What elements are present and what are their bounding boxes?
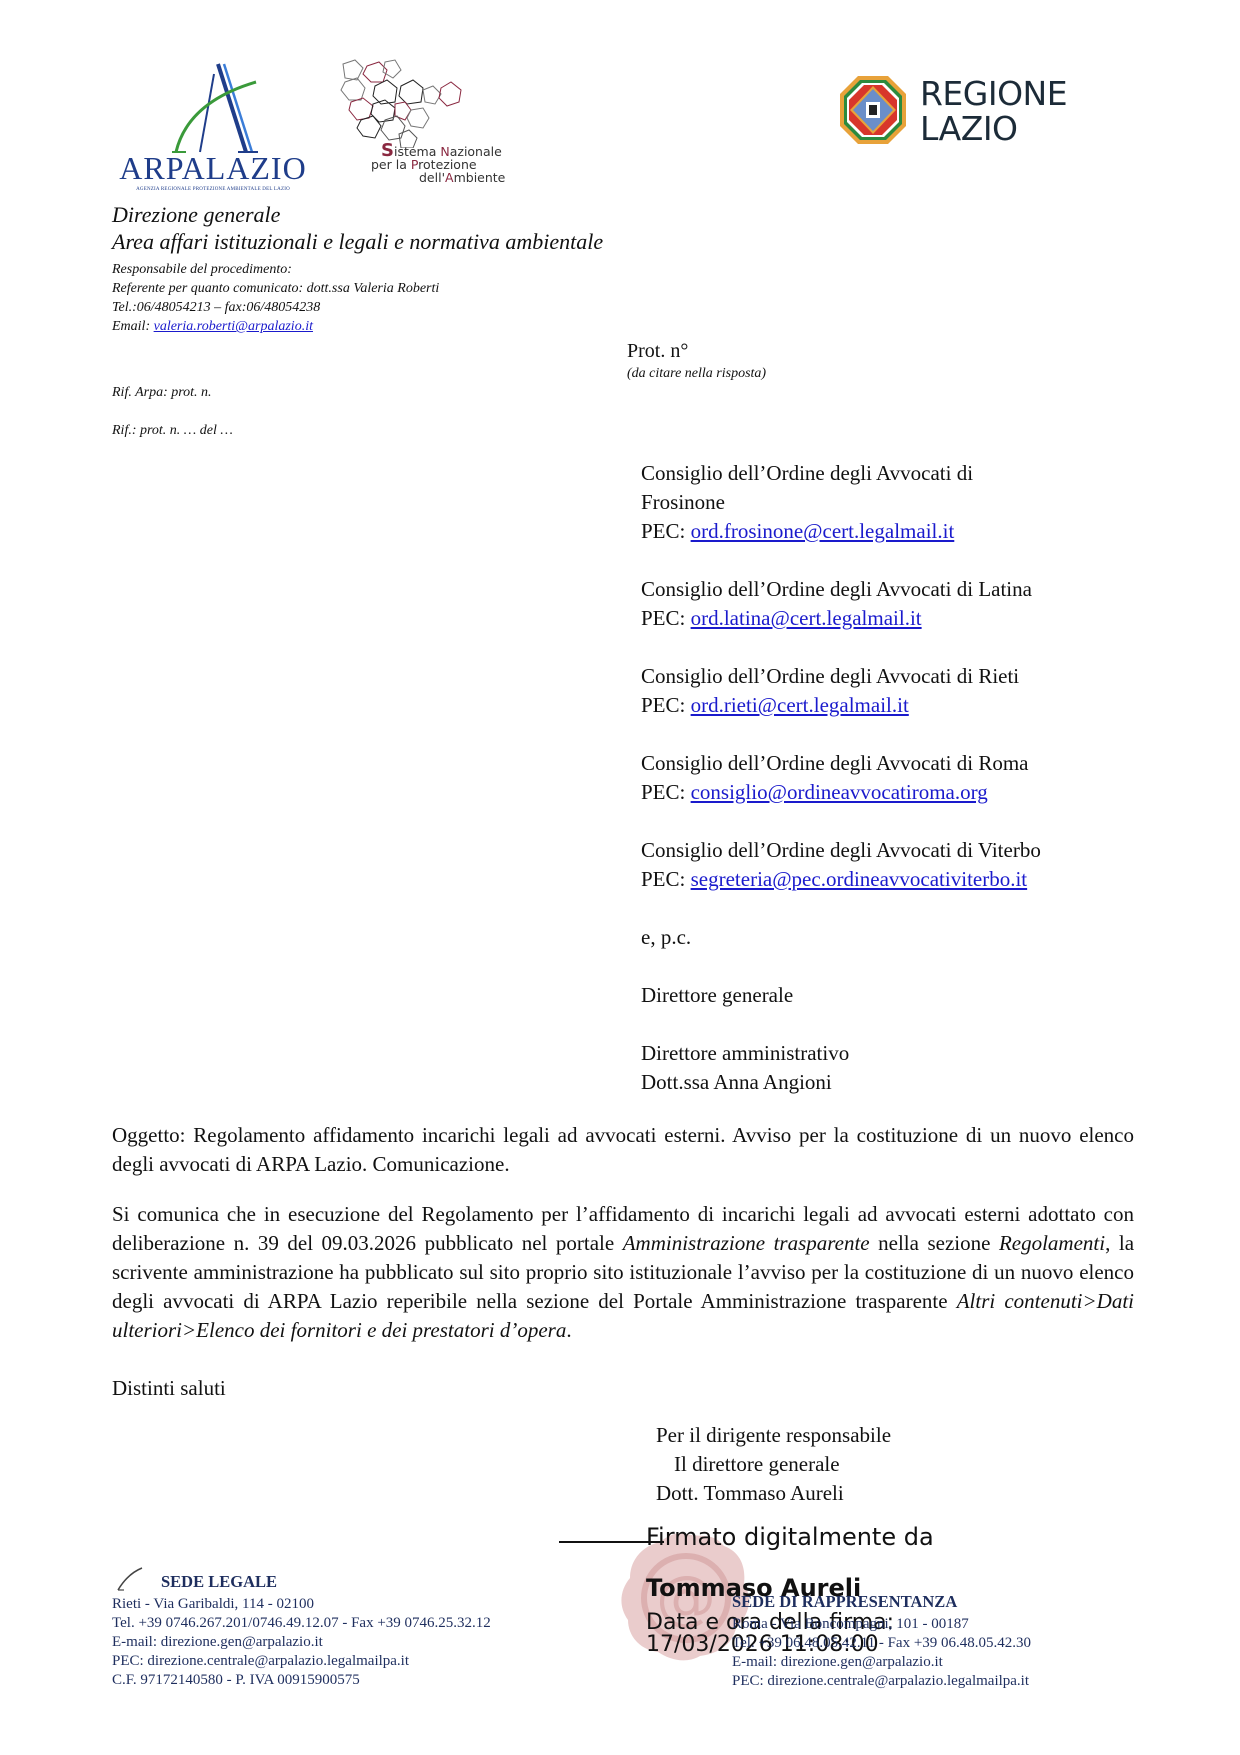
recipient-name: Consiglio dell’Ordine degli Avvocati di … xyxy=(641,459,1061,517)
contact-info: Responsabile del procedimento: Referente… xyxy=(112,260,439,336)
digital-signature-title: Firmato digitalmente da xyxy=(646,1522,934,1552)
signature-block: Per il dirigente responsabile Il diretto… xyxy=(656,1421,891,1508)
referente-text: Referente per quanto comunicato: dott.ss… xyxy=(112,279,439,298)
recipient-roma: Consiglio dell’Ordine degli Avvocati di … xyxy=(641,749,1141,807)
referente-email-link[interactable]: valeria.roberti@arpalazio.it xyxy=(154,319,313,334)
email-label: Email: xyxy=(112,319,154,334)
pec-link[interactable]: ord.rieti@cert.legalmail.it xyxy=(691,693,909,717)
recipient-name: Consiglio dell’Ordine degli Avvocati di … xyxy=(641,662,1141,691)
regione-lazio-name: REGIONE LAZIO xyxy=(920,76,1067,146)
area-heading: Area affari istituzionali e legali e nor… xyxy=(112,229,603,255)
hexagon-cluster-icon xyxy=(335,58,465,148)
arpa-subtitle: AGENZIA REGIONALE PROTEZIONE AMBIENTALE … xyxy=(118,187,308,192)
recipients-list: Consiglio dell’Ordine degli Avvocati di … xyxy=(641,459,1141,1097)
recipient-latina: Consiglio dell’Ordine degli Avvocati di … xyxy=(641,575,1141,633)
regione-lazio-crest-icon xyxy=(838,74,908,146)
department-heading: Direzione generale xyxy=(112,202,280,228)
recipient-rieti: Consiglio dell’Ordine degli Avvocati di … xyxy=(641,662,1141,720)
closing: Distinti saluti xyxy=(112,1374,226,1403)
pec-link[interactable]: ord.latina@cert.legalmail.it xyxy=(691,606,922,630)
snpa-name: Sistema Nazionale per la Protezione dell… xyxy=(371,144,505,184)
footer-right-title: SEDE DI RAPPRESENTANZA xyxy=(732,1592,1031,1611)
pec-link[interactable]: segreteria@pec.ordineavvocativiterbo.it xyxy=(691,867,1028,891)
snpa-logo: Sistema Nazionale per la Protezione dell… xyxy=(335,58,545,188)
arpa-arch-icon xyxy=(158,62,268,154)
recipient-name: Consiglio dell’Ordine degli Avvocati di … xyxy=(641,836,1141,865)
cc-recipient-direttore-generale: Direttore generale xyxy=(641,981,1141,1010)
pec-link[interactable]: consiglio@ordineavvocatiroma.org xyxy=(691,780,988,804)
recipient-frosinone: Consiglio dell’Ordine degli Avvocati di … xyxy=(641,459,1141,546)
letter-body: Si comunica che in esecuzione del Regola… xyxy=(112,1200,1134,1345)
protocol-number: Prot. n° xyxy=(627,340,688,363)
arpa-name: ARPALAZIO xyxy=(118,150,308,187)
rif-arpa: Rif. Arpa: prot. n. xyxy=(112,385,212,401)
footer-sede-rappresentanza: SEDE DI RAPPRESENTANZA Roma - Via Boncom… xyxy=(732,1592,1031,1691)
arpa-lazio-logo: ARPALAZIO AGENZIA REGIONALE PROTEZIONE A… xyxy=(118,62,308,187)
tel-fax-text: Tel.:06/48054213 – fax:06/48054238 xyxy=(112,298,439,317)
recipient-viterbo: Consiglio dell’Ordine degli Avvocati di … xyxy=(641,836,1141,894)
cc-recipient-direttore-amministrativo: Direttore amministrativo Dott.ssa Anna A… xyxy=(641,1039,1141,1097)
recipient-name: Consiglio dell’Ordine degli Avvocati di … xyxy=(641,575,1141,604)
responsabile-label: Responsabile del procedimento: xyxy=(112,260,439,279)
regione-lazio-logo: REGIONE LAZIO xyxy=(838,74,1098,150)
footer-sede-legale: SEDE LEGALE Rieti - Via Garibaldi, 114 -… xyxy=(112,1572,491,1690)
letter-subject: Oggetto: Regolamento affidamento incaric… xyxy=(112,1121,1134,1179)
cc-label: e, p.c. xyxy=(641,923,1141,952)
pec-link[interactable]: ord.frosinone@cert.legalmail.it xyxy=(691,519,955,543)
recipient-name: Consiglio dell’Ordine degli Avvocati di … xyxy=(641,749,1141,778)
footer-left-title: SEDE LEGALE xyxy=(112,1572,491,1591)
rif-prot: Rif.: prot. n. … del … xyxy=(112,423,233,439)
protocol-note: (da citare nella risposta) xyxy=(627,366,766,382)
